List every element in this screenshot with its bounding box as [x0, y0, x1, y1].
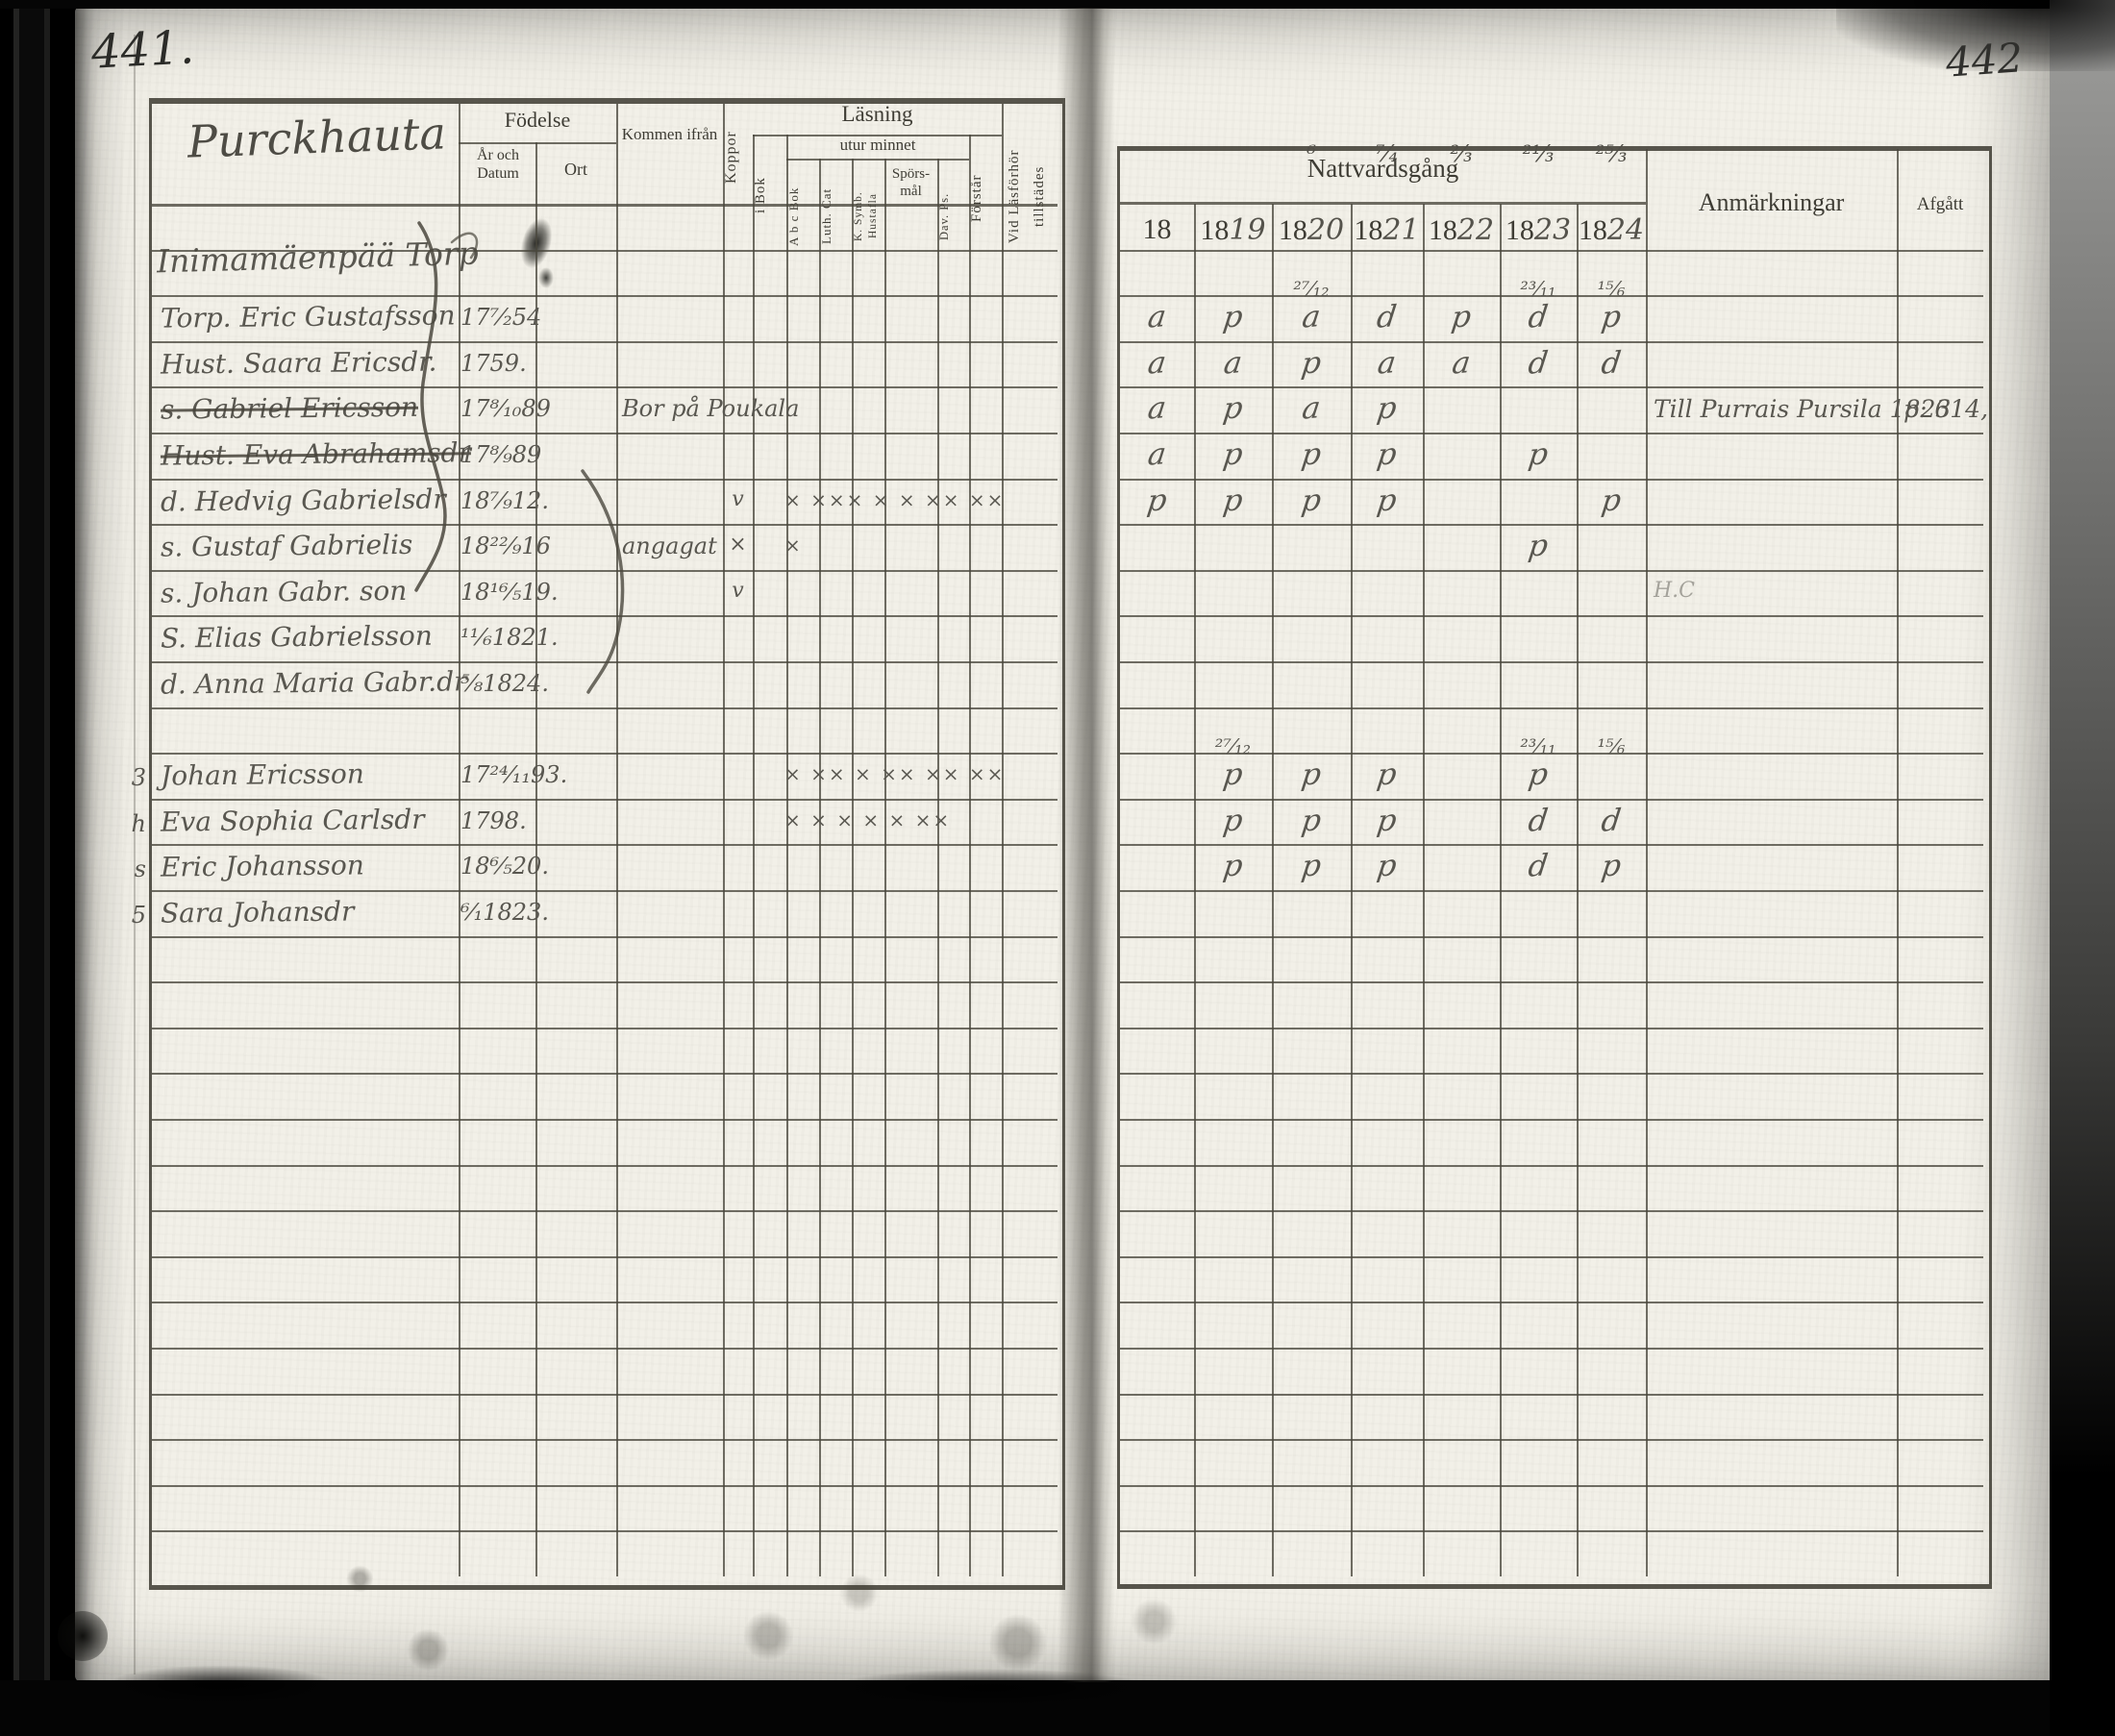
film-edge-right: [2050, 0, 2115, 1736]
entry-reading-marks: × ××× × × ×× ××: [784, 488, 986, 511]
grid-line: [1120, 250, 1983, 252]
entry-name: Johan Ericsson: [161, 757, 455, 792]
grid-line: [1120, 844, 1983, 846]
entry-birth-date: ⁵⁄₈1824.: [460, 670, 547, 697]
entry-name: Sara Johansdr: [161, 894, 455, 929]
grid-line: [1120, 341, 1983, 343]
year-printed: 18: [1429, 214, 1457, 246]
grid-line: [152, 204, 1057, 207]
entry-smallpox-mark: v: [723, 487, 753, 511]
grid-line: [152, 295, 1057, 297]
year-printed: 18: [1143, 213, 1172, 245]
entry-name: Hust. Eva Abrahamsdr: [161, 436, 455, 471]
entry-birth-date: 18¹⁶⁄₅19.: [460, 579, 547, 606]
grid-line: [152, 386, 1057, 388]
grid-line: [937, 159, 939, 1576]
header-vid-lasforhor: Vid Läsförhör tillstädes: [1002, 108, 1057, 285]
header-afgatt: Afgått: [1897, 194, 1983, 215]
year-printed: 18: [1354, 214, 1382, 246]
communion-mark: a: [1348, 343, 1426, 384]
grid-line: [616, 104, 618, 1576]
entry-birth-date: 18²²⁄₉16: [460, 533, 547, 559]
entry-name: Torp. Eric Gustafsson: [161, 300, 455, 335]
grid-line: [1120, 1256, 1983, 1258]
grid-line: [1120, 661, 1983, 663]
entry-birth-date: 18⁷⁄₉12.: [460, 487, 547, 514]
communion-date: ²³⁄₁₁: [1500, 278, 1577, 301]
year-cell: 1820: [1272, 213, 1351, 247]
year-date-note: ²⁄₃: [1423, 140, 1500, 167]
year-printed: 18: [1279, 214, 1307, 246]
year-handwritten: 20: [1307, 213, 1344, 247]
entry-birth-date: 18⁶⁄₅20.: [460, 853, 547, 880]
year-handwritten: 21: [1382, 213, 1419, 247]
grid-line: [152, 1073, 1057, 1075]
grid-line: [152, 341, 1057, 343]
communion-mark: p: [1348, 434, 1426, 475]
communion-mark: d: [1497, 800, 1580, 841]
communion-date: ¹⁵⁄₆: [1577, 278, 1646, 301]
entry-name: s. Johan Gabr. son: [161, 574, 455, 608]
header-ort: Ort: [535, 160, 616, 180]
grid-line: [1120, 1210, 1983, 1212]
year-handwritten: 24: [1607, 213, 1644, 247]
grid-line: [1120, 524, 1983, 526]
header-i-bok: i Bok: [753, 140, 786, 251]
grid-line: [152, 753, 1057, 755]
grid-line: [1120, 615, 1983, 617]
communion-mark: p: [1574, 481, 1649, 521]
fold-line: [134, 35, 136, 1674]
entry-margin-number: 3: [112, 764, 146, 791]
communion-mark: p: [1269, 434, 1354, 475]
communion-mark: p: [1348, 480, 1426, 520]
year-printed: 18: [1505, 214, 1534, 246]
grid-line: [152, 707, 1057, 709]
year-cell: 18: [1120, 213, 1194, 246]
scanned-parish-register: 441. 442 Födelse År och Datum Ort Kommen…: [0, 0, 2115, 1736]
grid-line: [1120, 1439, 1983, 1441]
grid-line: [152, 250, 1057, 252]
communion-date: ¹⁵⁄₆: [1577, 735, 1646, 758]
grid-line: [152, 479, 1057, 481]
entry-birth-date: ¹¹⁄₆1821.: [460, 624, 547, 651]
grid-line: [152, 936, 1057, 938]
grid-line: [786, 159, 969, 161]
header-utur-minnet: utur minnet: [786, 136, 969, 155]
grid-line: [1120, 936, 1983, 938]
communion-mark: a: [1191, 342, 1275, 384]
year-printed: 18: [1579, 214, 1607, 246]
entry-margin-number: 5: [112, 902, 146, 929]
grid-line: [1120, 1394, 1983, 1396]
grid-line: [152, 844, 1057, 846]
entry-name: Hust. Saara Ericsdr.: [161, 345, 455, 380]
grid-line: [1577, 204, 1579, 1576]
grid-line: [152, 615, 1057, 617]
entry-reading-marks: × × × × × ××: [784, 808, 986, 831]
grid-line: [1120, 1165, 1983, 1167]
grid-line: [152, 661, 1057, 663]
grid-line: [152, 890, 1057, 892]
year-handwritten: 22: [1457, 213, 1494, 247]
header-forstar: Förstår: [969, 140, 1002, 256]
grid-line: [1120, 981, 1983, 983]
communion-mark: a: [1117, 297, 1197, 338]
gutter-shadow: [1057, 8, 1115, 1682]
grid-line: [152, 433, 1057, 434]
grid-line: [1120, 1302, 1983, 1303]
entry-birth-date: 17⁸⁄₉89: [460, 441, 547, 468]
communion-mark: d: [1497, 342, 1580, 384]
grid-line: [1120, 386, 1983, 388]
communion-date: ²³⁄₁₁: [1500, 735, 1577, 758]
header-dav-ps: Dav. Ps.: [937, 163, 969, 269]
grid-line: [152, 1530, 1057, 1532]
communion-mark: a: [1117, 343, 1197, 384]
communion-mark: p: [1574, 846, 1649, 886]
grid-line: [1500, 204, 1502, 1576]
entry-reading-marks: ×: [784, 533, 986, 557]
grid-line: [1120, 433, 1983, 434]
header-lasning: Läsning: [753, 102, 1002, 127]
entry-name: s. Gabriel Ericsson: [161, 391, 455, 426]
entry-margin-number: s: [112, 856, 146, 882]
communion-mark: p: [1269, 342, 1354, 384]
entry-name: d. Hedvig Gabrielsdr: [161, 483, 455, 517]
entry-smallpox-mark: v: [723, 579, 753, 603]
entry-name: Eva Sophia Carlsdr: [161, 803, 455, 837]
grid-line: [1423, 204, 1425, 1576]
header-abc-bok: A b c Bok: [786, 163, 819, 269]
communion-mark: p: [1191, 480, 1275, 521]
grid-line: [723, 104, 725, 1576]
header-koppor: Koppor: [723, 112, 753, 204]
year-date-note: ²¹⁄₃: [1500, 140, 1577, 167]
year-handwritten: 23: [1534, 213, 1571, 247]
communion-mark: p: [1117, 480, 1197, 521]
header-sporsmal: Spörs- mål: [884, 165, 937, 200]
film-edge-left: [0, 0, 75, 1736]
entry-name: s. Gustaf Gabrielis: [161, 529, 455, 563]
year-cell: 1819: [1194, 213, 1272, 247]
grid-line: [1120, 570, 1983, 572]
grid-line: [1120, 1073, 1983, 1075]
communion-mark: d: [1574, 801, 1649, 841]
grid-line: [1120, 890, 1983, 892]
communion-mark: p: [1348, 755, 1426, 795]
year-date-note: ⁷⁄₄: [1351, 140, 1423, 167]
communion-mark: p: [1348, 846, 1426, 886]
entry-name: S. Elias Gabrielsson: [161, 620, 455, 655]
entry-birth-date: 17²⁴⁄₁₁93.: [460, 761, 547, 788]
grid-line: [152, 1028, 1057, 1029]
grid-line: [969, 135, 971, 1576]
grid-line: [1002, 104, 1004, 1576]
grid-line: [1120, 1348, 1983, 1350]
entry-birth-date: 17⁷⁄₂54: [460, 304, 547, 331]
communion-mark: p: [1348, 801, 1426, 841]
grid-line: [819, 159, 821, 1576]
grid-line: [152, 1210, 1057, 1212]
year-cell: 1824: [1577, 213, 1646, 247]
grid-line: [753, 135, 755, 1576]
header-ar-och-datum: År och Datum: [460, 146, 535, 183]
grid-line: [1120, 1119, 1983, 1121]
entry-margin-number: h: [112, 810, 146, 837]
village-title: Purckhauta: [187, 107, 447, 167]
grid-line: [1897, 149, 1899, 1576]
remark-note: Till Purrais Pursila 1823: [1654, 395, 1903, 423]
communion-mark: p: [1269, 480, 1354, 521]
grid-line: [753, 135, 1002, 136]
entry-birth-date: ⁶⁄₁1823.: [460, 899, 547, 926]
grid-line: [152, 1119, 1057, 1121]
grid-line: [152, 1165, 1057, 1167]
year-date-note: ⁶: [1272, 140, 1351, 167]
communion-mark: p: [1497, 434, 1580, 476]
header-fodelse: Födelse: [459, 108, 616, 133]
grid-line: [852, 159, 854, 1576]
entry-name: Eric Johansson: [161, 849, 455, 883]
afgatt-note: p: 614,: [1903, 395, 2000, 423]
year-cell: 1823: [1500, 213, 1577, 247]
header-luth-cat: Luth. Cat: [819, 163, 852, 269]
grid-line: [1120, 1028, 1983, 1029]
grid-line: [1120, 799, 1983, 801]
communion-mark: a: [1420, 342, 1503, 384]
page-number-left: 441.: [90, 20, 196, 80]
year-date-note: ²⁵⁄₃: [1577, 140, 1646, 167]
year-cell: 1822: [1423, 213, 1500, 247]
header-kommen-ifran: Kommen ifrån: [616, 125, 723, 144]
entry-smallpox-mark: ×: [723, 533, 753, 557]
grid-line: [1120, 202, 1646, 205]
header-k-symb-hustafla: K. Symb. Hustafla: [852, 163, 884, 269]
grid-line: [152, 1485, 1057, 1487]
communion-mark: p: [1348, 388, 1426, 429]
communion-mark: p: [1574, 297, 1649, 337]
grid-line: [1120, 1530, 1983, 1532]
grid-line: [152, 1439, 1057, 1441]
entry-birth-date: 17⁸⁄₁₀89: [460, 395, 547, 422]
communion-mark: p: [1191, 800, 1275, 841]
communion-mark: p: [1269, 800, 1354, 841]
grid-line: [152, 1394, 1057, 1396]
grid-line: [786, 135, 788, 1576]
page-number-right: 442: [1944, 34, 2024, 86]
entry-name: d. Anna Maria Gabr.dr: [161, 665, 455, 700]
grid-line: [459, 142, 616, 144]
grid-line: [1120, 479, 1983, 481]
grid-line: [152, 524, 1057, 526]
communion-mark: p: [1191, 434, 1275, 476]
communion-date: ²⁷⁄₁₂: [1272, 278, 1351, 301]
entry-birth-date: 1798.: [460, 807, 547, 834]
communion-mark: a: [1117, 434, 1197, 476]
grid-line: [152, 981, 1057, 983]
entry-origin-note: Bor på Poukala: [622, 395, 910, 422]
remark-note: H.C: [1654, 579, 1903, 603]
entry-birth-date: 1759.: [460, 350, 547, 377]
grid-line: [152, 1302, 1057, 1303]
entry-reading-marks: × ×× × ×× ×× ××: [784, 762, 986, 785]
communion-mark: d: [1348, 297, 1426, 337]
communion-mark: d: [1574, 343, 1649, 384]
grid-line: [152, 1256, 1057, 1258]
grid-line: [152, 1348, 1057, 1350]
grid-line: [152, 570, 1057, 572]
corner-blob-bottom-left: [58, 1611, 108, 1661]
communion-date: ²⁷⁄₁₂: [1194, 735, 1272, 758]
grid-line: [152, 799, 1057, 801]
grid-line: [1120, 707, 1983, 709]
header-anmarkningar: Anmärkningar: [1646, 188, 1897, 217]
year-handwritten: 19: [1229, 213, 1265, 247]
grid-line: [884, 159, 886, 1576]
grid-line: [1120, 1485, 1983, 1487]
year-cell: 1821: [1351, 213, 1423, 247]
year-printed: 18: [1200, 214, 1229, 246]
